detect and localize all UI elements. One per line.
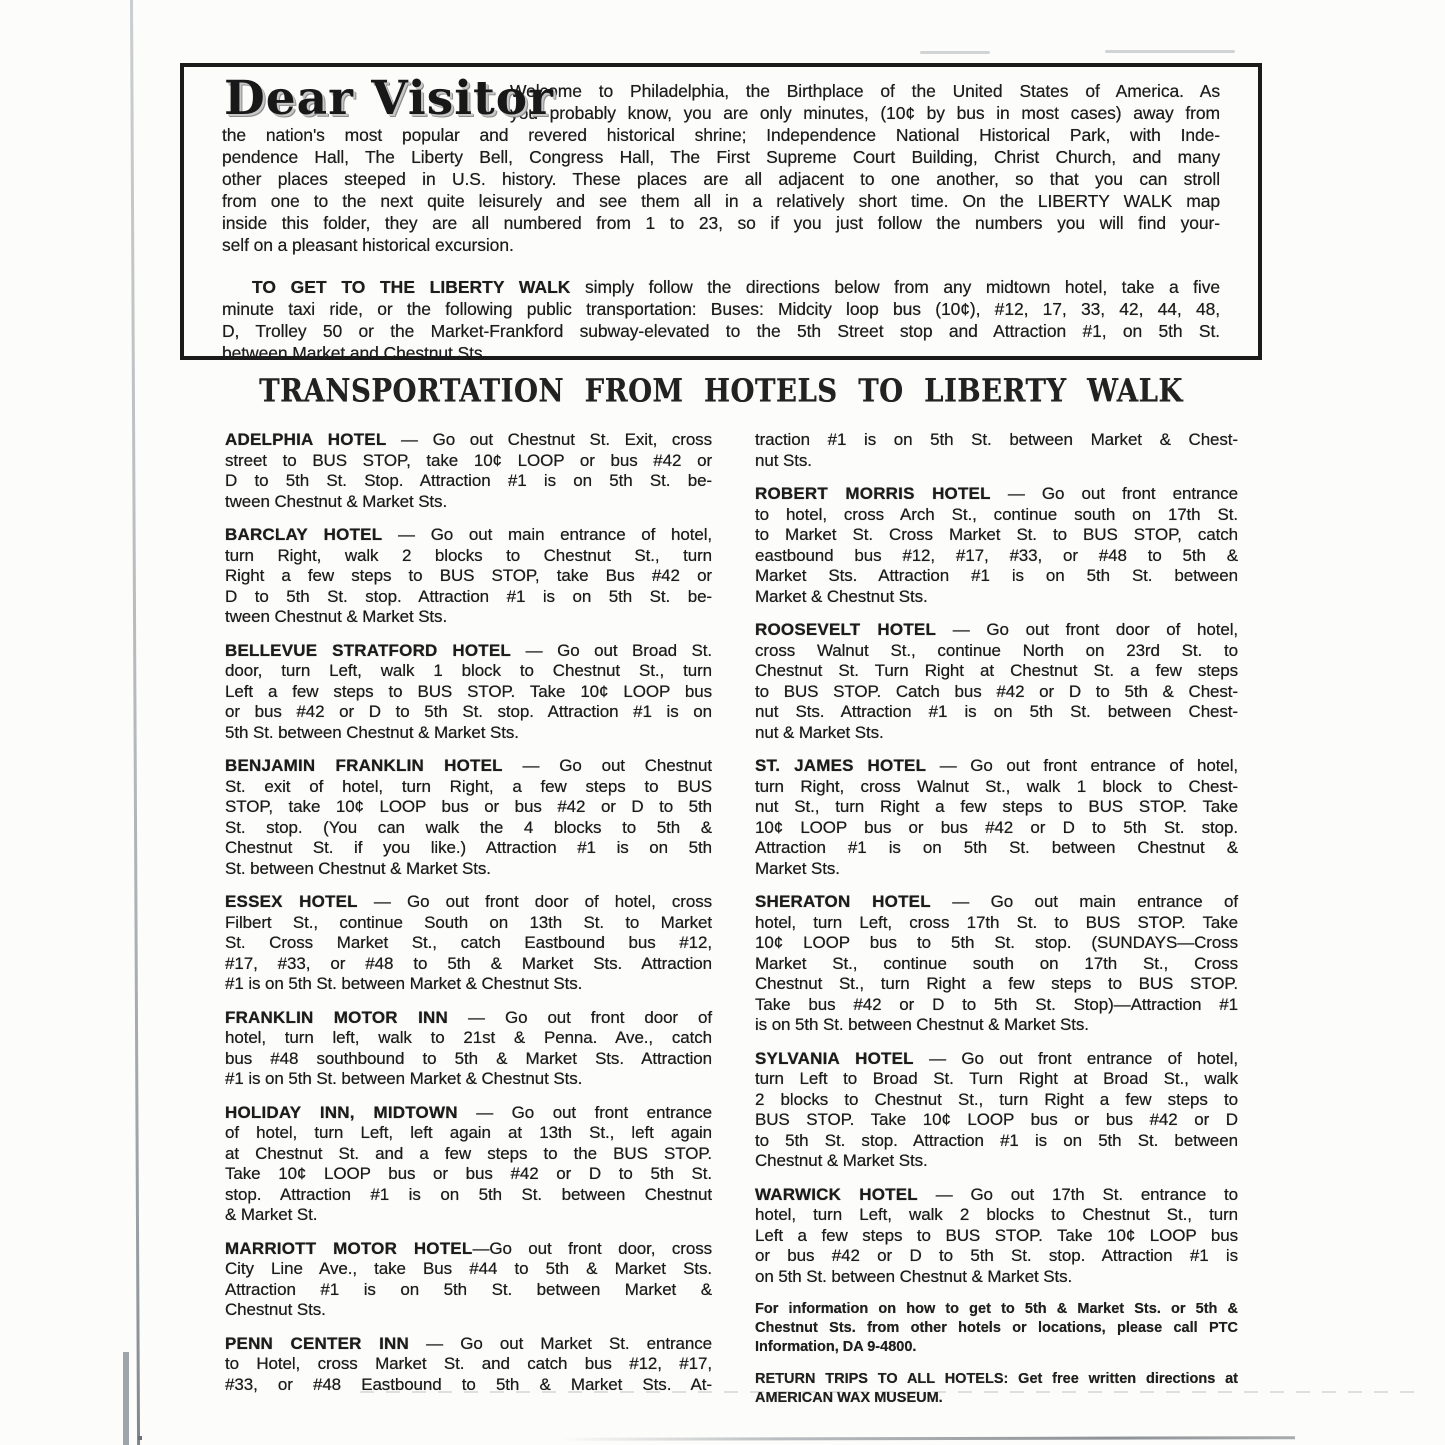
text-line: Left a few steps to BUS STOP. Take 10¢ L… <box>225 682 712 703</box>
text-line: hotel, turn Left, walk 2 blocks to Chest… <box>755 1205 1238 1226</box>
text-line: WARWICK HOTEL — Go out 17th St. entrance… <box>755 1185 1238 1206</box>
text-line: MARRIOTT MOTOR HOTEL—Go out front door, … <box>225 1239 712 1260</box>
hotel-entry: ROOSEVELT HOTEL — Go out front door of h… <box>755 620 1238 743</box>
text-line: 10¢ LOOP bus to 5th St. stop. (SUNDAYS—C… <box>755 933 1238 954</box>
text-line: pendence Hall, The Liberty Bell, Congres… <box>222 146 1220 168</box>
text-line: hotel, turn Left, cross 17th St. to BUS … <box>755 913 1238 934</box>
hotel-name: FRANKLIN MOTOR INN <box>225 1008 448 1027</box>
text-line: between Market and Chestnut Sts. <box>222 342 1220 364</box>
scanned-brochure-page: Dear Visitor Welcome to Philadelphia, th… <box>0 0 1445 1445</box>
text-line: Market Sts. <box>755 859 1238 880</box>
scan-smudge <box>920 51 990 54</box>
text-line: St. stop. (You can walk the 4 blocks to … <box>225 818 712 839</box>
text-line: nut Sts. Attraction #1 is on 5th St. bet… <box>755 702 1238 723</box>
liberty-walk-lead: TO GET TO THE LIBERTY WALK <box>252 277 570 297</box>
text-line: St. Cross Market St., catch Eastbound bu… <box>225 933 712 954</box>
text-line: from one to the next quite leisurely and… <box>222 190 1220 212</box>
text-line: tween Chestnut & Market Sts. <box>225 492 712 513</box>
text-line: Chestnut & Market Sts. <box>755 1151 1238 1172</box>
text-line: to hotel, cross Arch St., continue south… <box>755 505 1238 526</box>
text-line: to Market St. Cross Market St. to BUS ST… <box>755 525 1238 546</box>
text-line: Market Sts. Attraction #1 is on 5th St. … <box>755 566 1238 587</box>
hotel-entry: MARRIOTT MOTOR HOTEL—Go out front door, … <box>225 1239 712 1321</box>
text-line: Take 10¢ LOOP bus or bus #42 or D to 5th… <box>225 1164 712 1185</box>
text-line: ESSEX HOTEL — Go out front door of hotel… <box>225 892 712 913</box>
text-line: street to BUS STOP, take 10¢ LOOP or bus… <box>225 451 712 472</box>
text-line: D, Trolley 50 or the Market-Frankford su… <box>222 320 1220 342</box>
text-line: #1 is on 5th St. between Market & Chestn… <box>225 974 712 995</box>
text-line: ROBERT MORRIS HOTEL — Go out front entra… <box>755 484 1238 505</box>
text-line: turn Right, walk 2 blocks to Chestnut St… <box>225 546 712 567</box>
text-line: Take bus #42 or D to 5th St. Stop)—Attra… <box>755 995 1238 1016</box>
text-line: Market & Chestnut Sts. <box>755 587 1238 608</box>
scan-speck <box>138 1436 142 1440</box>
text-line: or bus #42 or D to 5th St. stop. Attract… <box>755 1246 1238 1267</box>
hotel-entry: BELLEVUE STRATFORD HOTEL — Go out Broad … <box>225 641 712 744</box>
text-line: the nation's most popular and revered hi… <box>222 124 1220 146</box>
hotel-name: ADELPHIA HOTEL <box>225 430 386 449</box>
text-line: 5th St. between Chestnut & Market Sts. <box>225 723 712 744</box>
text-line: to 5th St. stop. Attraction #1 is on 5th… <box>755 1131 1238 1152</box>
hotel-entry: ST. JAMES HOTEL — Go out front entrance … <box>755 756 1238 879</box>
text-line: D to 5th St. stop. Attraction #1 is on 5… <box>225 587 712 608</box>
text-line: & Market St. <box>225 1205 712 1226</box>
text-line: Attraction #1 is on 5th St. between Ches… <box>755 838 1238 859</box>
text-line: inside this folder, they are all numbere… <box>222 212 1220 234</box>
text-line: BARCLAY HOTEL — Go out main entrance of … <box>225 525 712 546</box>
text-line: STOP, take 10¢ LOOP bus or bus #42 or D … <box>225 797 712 818</box>
text-line: eastbound bus #12, #17, #33, or #48 to 5… <box>755 546 1238 567</box>
hotel-name: ROBERT MORRIS HOTEL <box>755 484 991 503</box>
text-line: BELLEVUE STRATFORD HOTEL — Go out Broad … <box>225 641 712 662</box>
text-line: City Line Ave., take Bus #44 to 5th & Ma… <box>225 1259 712 1280</box>
text-line: SYLVANIA HOTEL — Go out front entrance o… <box>755 1049 1238 1070</box>
text-line: Left a few steps to BUS STOP. Take 10¢ L… <box>755 1226 1238 1247</box>
hotel-entry: ESSEX HOTEL — Go out front door of hotel… <box>225 892 712 995</box>
text-line: you probably know, you are only minutes,… <box>510 102 1220 124</box>
scan-smudge <box>1105 50 1235 53</box>
text-line: Chestnut Sts. from other hotels or locat… <box>755 1319 1238 1338</box>
hotel-name: BELLEVUE STRATFORD HOTEL <box>225 641 511 660</box>
text-line: St. exit of hotel, turn Right, a few ste… <box>225 777 712 798</box>
text-line: to BUS STOP. Catch bus #42 or D to 5th &… <box>755 682 1238 703</box>
text-line: bus #48 southbound to 5th & Market Sts. … <box>225 1049 712 1070</box>
text-line: Information, DA 9-4800. <box>755 1338 1238 1357</box>
text-line: cross Walnut St., continue North on 23rd… <box>755 641 1238 662</box>
hotel-entry: ROBERT MORRIS HOTEL — Go out front entra… <box>755 484 1238 607</box>
text-line: 2 blocks to Chestnut St., turn Right a f… <box>755 1090 1238 1111</box>
text-line: nut St., turn Right a few steps to BUS S… <box>755 797 1238 818</box>
text-line: stop. Attraction #1 is on 5th St. betwee… <box>225 1185 712 1206</box>
text-line: AMERICAN WAX MUSEUM. <box>755 1389 1238 1408</box>
hotel-column-right: traction #1 is on 5th St. between Market… <box>755 430 1238 1421</box>
text-line: or bus #42 or D to 5th St. stop. Attract… <box>225 702 712 723</box>
dear-visitor-box: Dear Visitor Welcome to Philadelphia, th… <box>180 63 1262 360</box>
text-line: PENN CENTER INN — Go out Market St. entr… <box>225 1334 712 1355</box>
text-line: BUS STOP. Take 10¢ LOOP bus or bus #42 o… <box>755 1110 1238 1131</box>
intro-paragraph-2: TO GET TO THE LIBERTY WALK simply follow… <box>222 276 1220 364</box>
scan-page-edge-vertical-foot <box>123 1352 129 1445</box>
text-line: nut & Market Sts. <box>755 723 1238 744</box>
text-line: Right a few steps to BUS STOP, take Bus … <box>225 566 712 587</box>
text-line: ADELPHIA HOTEL — Go out Chestnut St. Exi… <box>225 430 712 451</box>
hotel-name: ROOSEVELT HOTEL <box>755 620 936 639</box>
text-line: Attraction #1 is on 5th St. between Mark… <box>225 1280 712 1301</box>
text-line: #17, #33, or #48 to 5th & Market Sts. At… <box>225 954 712 975</box>
text-line: ROOSEVELT HOTEL — Go out front door of h… <box>755 620 1238 641</box>
text-line: Chestnut St. if you like.) Attraction #1… <box>225 838 712 859</box>
dear-visitor-title: Dear Visitor <box>224 71 554 126</box>
hotel-entry: BARCLAY HOTEL — Go out main entrance of … <box>225 525 712 628</box>
hotel-name: SHERATON HOTEL <box>755 892 931 911</box>
hotel-name: BENJAMIN FRANKLIN HOTEL <box>225 756 503 775</box>
hotel-entry: SHERATON HOTEL — Go out main entrance of… <box>755 892 1238 1036</box>
hotel-name: BARCLAY HOTEL <box>225 525 382 544</box>
footer-note: For information on how to get to 5th & M… <box>755 1300 1238 1357</box>
text-line: tween Chestnut & Market Sts. <box>225 607 712 628</box>
text-line: Chestnut Sts. <box>225 1300 712 1321</box>
text-line: turn Right, cross Walnut St., walk 1 blo… <box>755 777 1238 798</box>
text-line: is on 5th St. between Chestnut & Market … <box>755 1015 1238 1036</box>
hotel-entry: FRANKLIN MOTOR INN — Go out front door o… <box>225 1008 712 1090</box>
text-line: door, turn Left, walk 1 block to Chestnu… <box>225 661 712 682</box>
text-line: HOLIDAY INN, MIDTOWN — Go out front entr… <box>225 1103 712 1124</box>
text-line: Market St., continue south on 17th St., … <box>755 954 1238 975</box>
hotel-entry: BENJAMIN FRANKLIN HOTEL — Go out Chestnu… <box>225 756 712 879</box>
text-line: FRANKLIN MOTOR INN — Go out front door o… <box>225 1008 712 1029</box>
text-line: minute taxi ride, or the following publi… <box>222 298 1220 320</box>
text-line: BENJAMIN FRANKLIN HOTEL — Go out Chestnu… <box>225 756 712 777</box>
hotel-name: SYLVANIA HOTEL <box>755 1049 914 1068</box>
hotel-entry: PENN CENTER INN — Go out Market St. entr… <box>225 1334 712 1396</box>
hotel-entry: WARWICK HOTEL — Go out 17th St. entrance… <box>755 1185 1238 1288</box>
text-line: hotel, turn left, walk to 21st & Penna. … <box>225 1028 712 1049</box>
text-line: Welcome to Philadelphia, the Birthplace … <box>510 80 1220 102</box>
hotel-entry: HOLIDAY INN, MIDTOWN — Go out front entr… <box>225 1103 712 1226</box>
hotel-name: HOLIDAY INN, MIDTOWN <box>225 1103 458 1122</box>
text-line: on 5th St. between Chestnut & Market Sts… <box>755 1267 1238 1288</box>
footer-note: RETURN TRIPS TO ALL HOTELS: Get free wri… <box>755 1370 1238 1408</box>
hotel-entry: SYLVANIA HOTEL — Go out front entrance o… <box>755 1049 1238 1172</box>
hotel-entry: ADELPHIA HOTEL — Go out Chestnut St. Exi… <box>225 430 712 512</box>
hotel-name: PENN CENTER INN <box>225 1334 409 1353</box>
hotel-name: WARWICK HOTEL <box>755 1185 918 1204</box>
scan-page-edge-vertical <box>130 0 140 1445</box>
hotel-column-left: ADELPHIA HOTEL — Go out Chestnut St. Exi… <box>225 430 712 1408</box>
text-line: Chestnut St. Turn Right at Chestnut St. … <box>755 661 1238 682</box>
text-line: Filbert St., continue South on 13th St. … <box>225 913 712 934</box>
text-line: other places steeped in U.S. history. Th… <box>222 168 1220 190</box>
hotel-name: ST. JAMES HOTEL <box>755 756 926 775</box>
text-line: #1 is on 5th St. between Market & Chestn… <box>225 1069 712 1090</box>
text-line: RETURN TRIPS TO ALL HOTELS: Get free wri… <box>755 1370 1238 1389</box>
text-line: St. between Chestnut & Market Sts. <box>225 859 712 880</box>
text-line: For information on how to get to 5th & M… <box>755 1300 1238 1319</box>
text-line: #33, or #48 Eastbound to 5th & Market St… <box>225 1375 712 1396</box>
text-line: ST. JAMES HOTEL — Go out front entrance … <box>755 756 1238 777</box>
text-line: nut Sts. <box>755 451 1238 472</box>
text-line: turn Left to Broad St. Turn Right at Bro… <box>755 1069 1238 1090</box>
footer-notes: For information on how to get to 5th & M… <box>755 1300 1238 1408</box>
hotel-name: MARRIOTT MOTOR HOTEL <box>225 1239 472 1258</box>
text-line: of hotel, turn Left, left again at 13th … <box>225 1123 712 1144</box>
scan-page-edge-bottom <box>560 1436 1295 1441</box>
text-line: SHERATON HOTEL — Go out main entrance of <box>755 892 1238 913</box>
hotel-name: ESSEX HOTEL <box>225 892 358 911</box>
text-line: self on a pleasant historical excursion. <box>222 234 1220 256</box>
text-line: 10¢ LOOP bus or bus #42 or D to 5th St. … <box>755 818 1238 839</box>
text-line: at Chestnut St. and a few steps to the B… <box>225 1144 712 1165</box>
text-line: D to 5th St. Stop. Attraction #1 is on 5… <box>225 471 712 492</box>
hotel-entry-continuation: traction #1 is on 5th St. between Market… <box>755 430 1238 471</box>
text-line: to Hotel, cross Market St. and catch bus… <box>225 1354 712 1375</box>
text-line: TO GET TO THE LIBERTY WALK simply follow… <box>222 276 1220 298</box>
text-line: traction #1 is on 5th St. between Market… <box>755 430 1238 451</box>
text-line: Chestnut St., turn Right a few steps to … <box>755 974 1238 995</box>
section-heading: TRANSPORTATION FROM HOTELS TO LIBERTY WA… <box>207 372 1235 409</box>
